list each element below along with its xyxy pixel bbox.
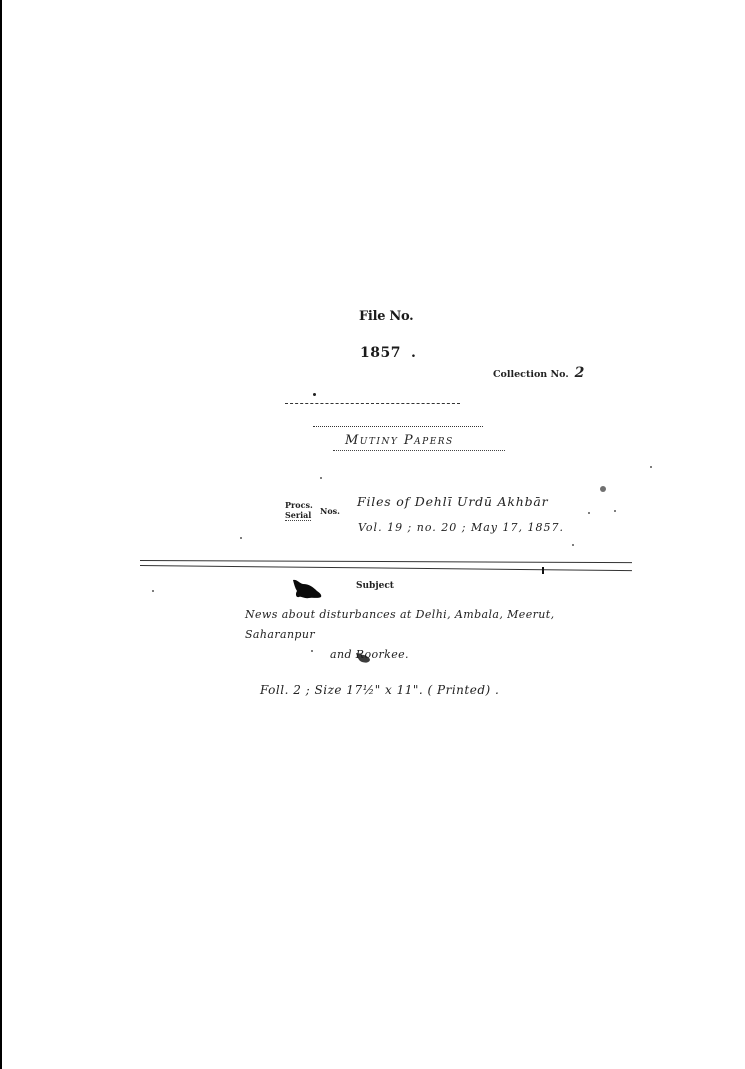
collection-label: Collection No. [493,369,569,380]
files-of-line: Files of Dehlī Urdū Akhbār [357,494,548,509]
serial-label: Serial [285,510,311,521]
volume-line: Vol. 19 ; no. 20 ; May 17, 1857. [358,521,564,534]
speck [572,544,574,546]
speck [311,650,313,652]
subject-line-2: and Roorkee. [245,645,625,665]
collection-title: Mutiny Papers [345,433,454,448]
speck [650,466,652,468]
title-underline [333,450,505,451]
file-year: 1857. [360,345,416,361]
double-rule-bottom [140,565,632,571]
divider-rule [313,426,483,427]
speck [614,510,616,512]
subject-description: News about disturbances at Delhi, Ambala… [245,605,625,665]
folio-size-line: Foll. 2 ; Size 17½" x 11". ( Printed) . [260,683,499,697]
double-rule-top [140,560,632,563]
speck [240,537,242,539]
speck [320,477,322,479]
year-suffix: . [411,345,416,361]
subject-line-1: News about disturbances at Delhi, Ambala… [245,608,554,641]
ink-smudge-icon [355,651,371,664]
collection-value: 2 [575,365,585,381]
year-value: 1857 [360,345,401,361]
ink-speck-icon [598,485,608,493]
rule-tick-mark [542,567,544,574]
ink-blot-icon [291,578,323,600]
speck [152,590,154,592]
subject-label: Subject [356,581,394,591]
collection-number: Collection No.2 [493,365,584,381]
file-number-label: File No. [359,309,413,324]
ink-dot [313,393,316,396]
speck [588,512,590,514]
proceedings-label: Procs. Serial [285,500,313,520]
procs-label: Procs. [285,500,313,510]
document-page: File No. 1857. Collection No.2 Mutiny Pa… [2,0,745,1069]
nos-label: Nos. [320,506,340,516]
divider-rule [285,403,460,404]
